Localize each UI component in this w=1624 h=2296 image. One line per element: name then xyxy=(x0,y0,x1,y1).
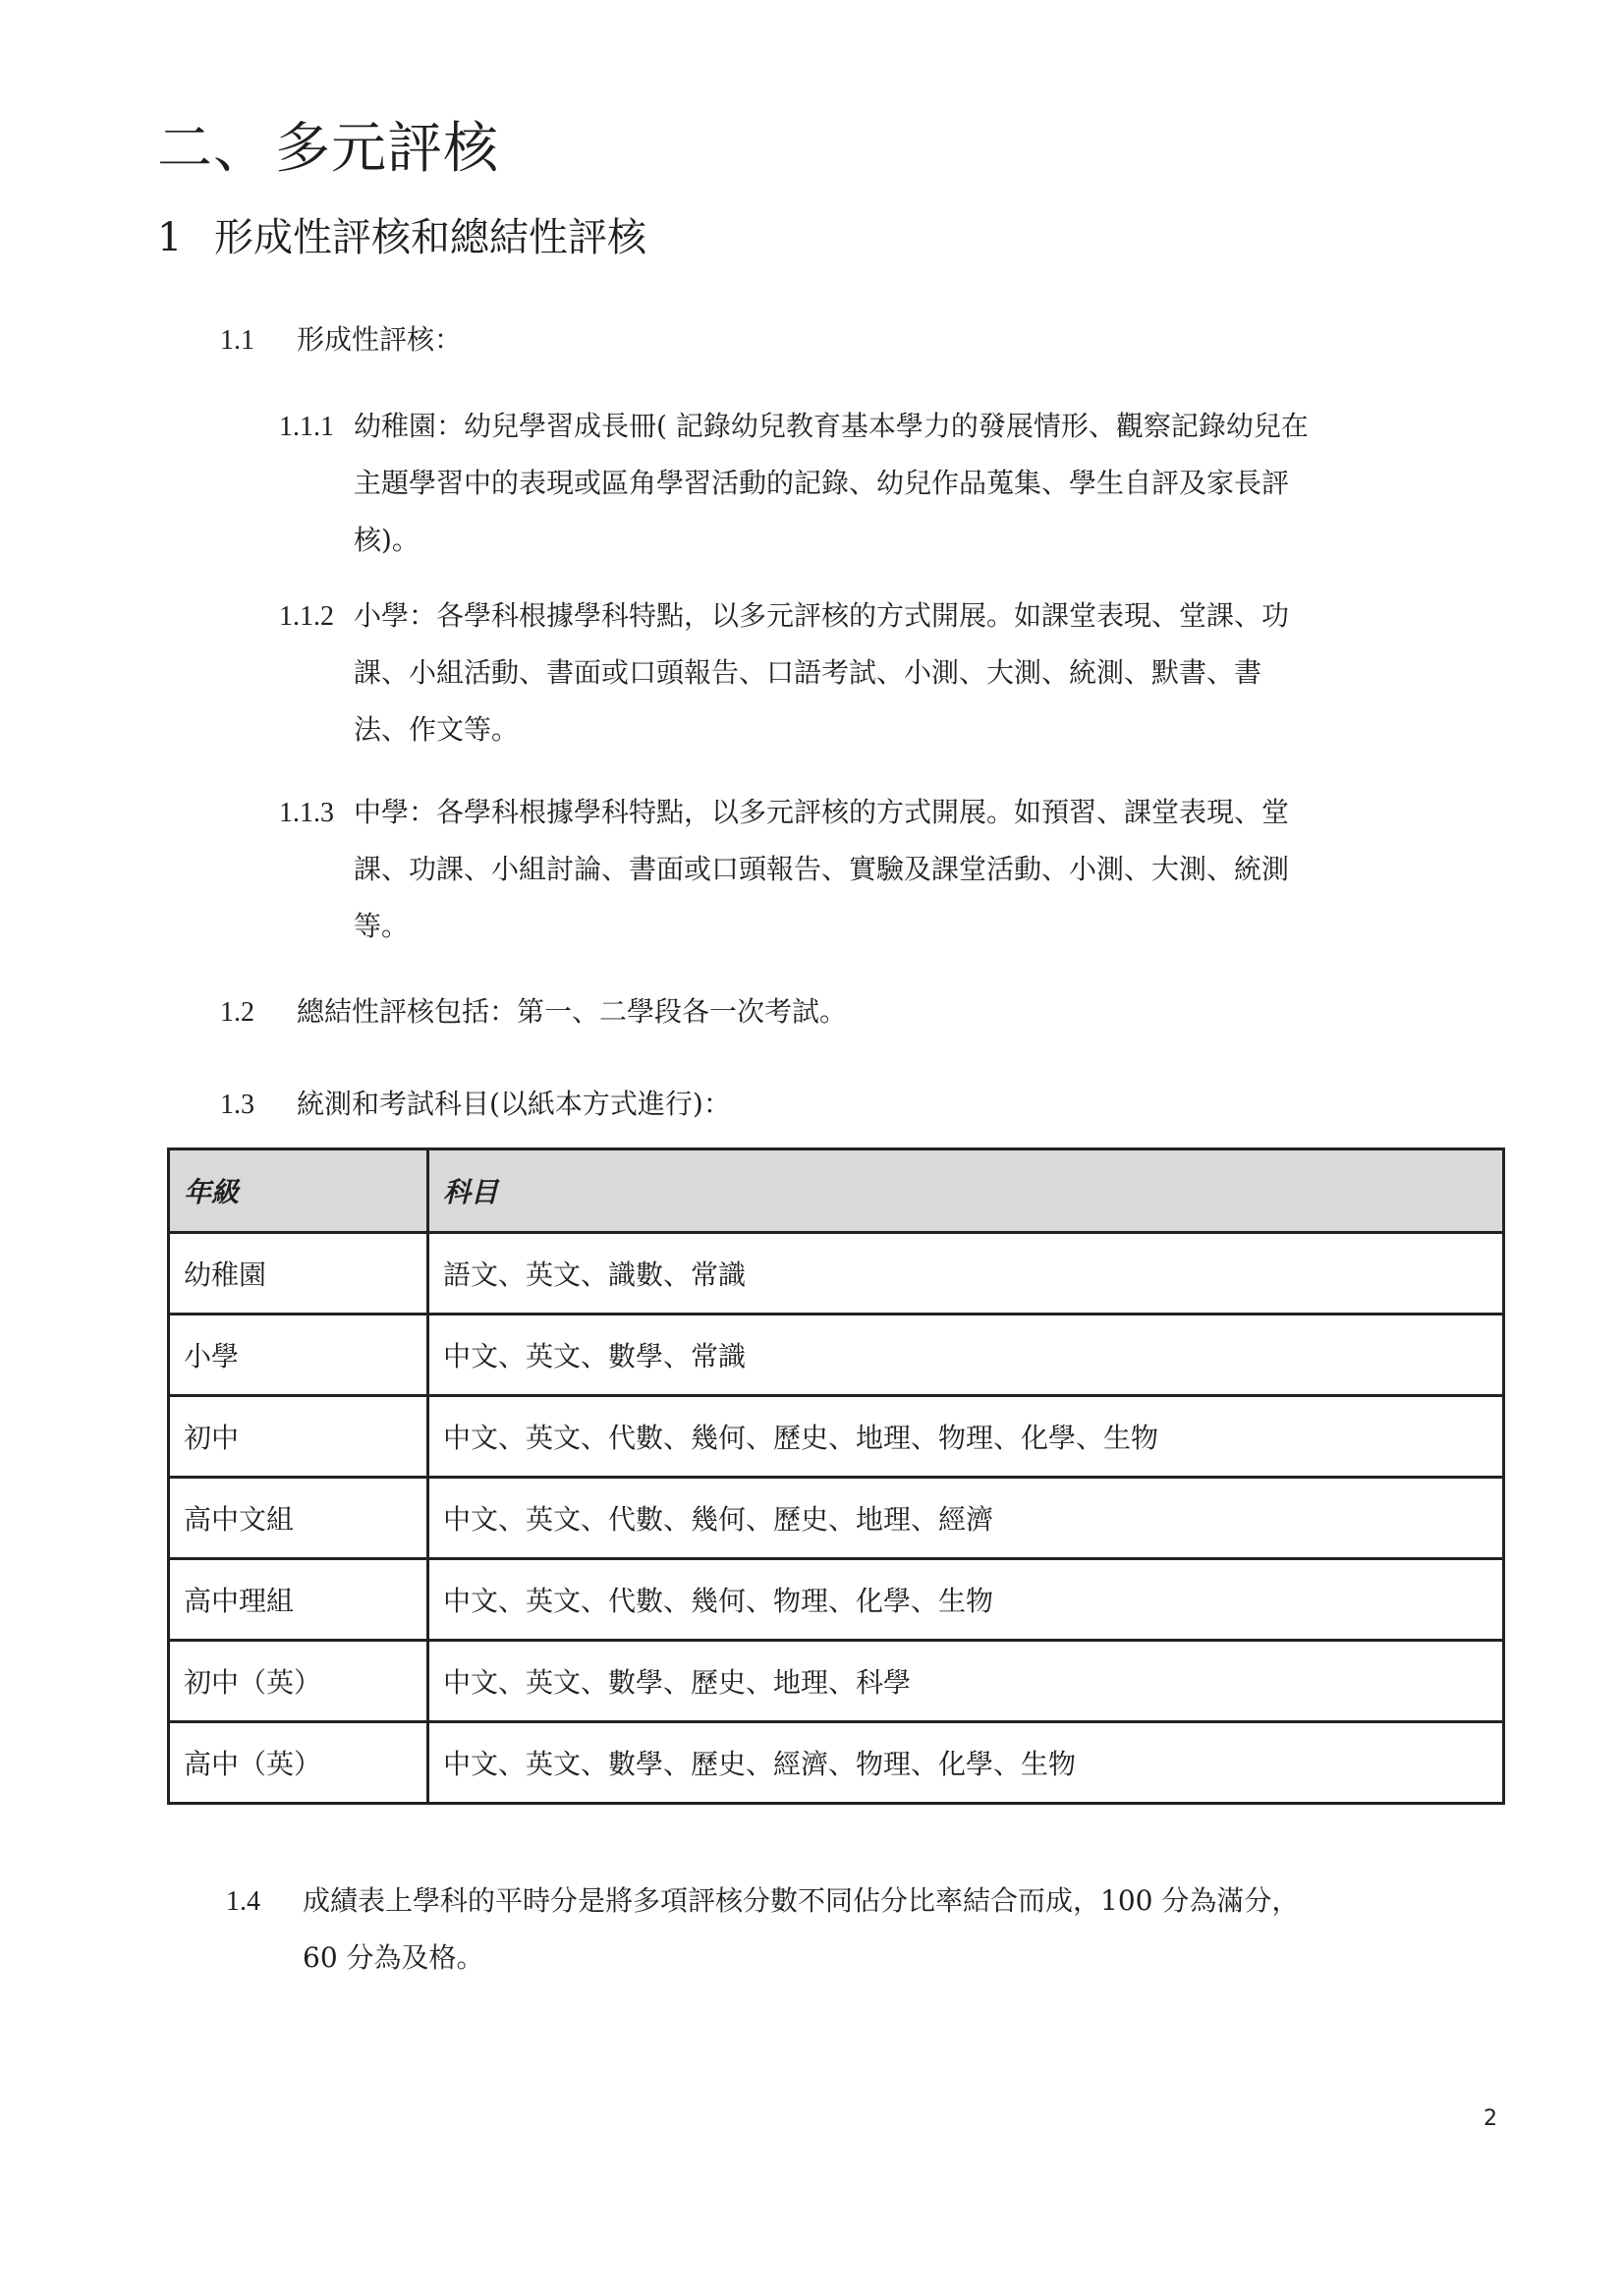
cell-grade: 初中（英） xyxy=(169,1641,428,1722)
item-number: 1.1.2 xyxy=(279,588,354,645)
table-row: 幼稚園 語文、英文、識數、常識 xyxy=(169,1233,1504,1315)
item-text-line: 等。 xyxy=(354,910,409,942)
header-subjects: 科目 xyxy=(428,1149,1504,1233)
subjects-table: 年級 科目 幼稚園 語文、英文、識數、常識 小學 中文、英文、數學、常識 初中 … xyxy=(167,1148,1505,1805)
cell-grade: 高中理組 xyxy=(169,1559,428,1641)
header-grade: 年級 xyxy=(169,1149,428,1233)
item-text-line: 主題學習中的表現或區角學習活動的記錄、幼兒作品蒐集、學生自評及家長評 xyxy=(354,467,1289,499)
section-heading: 1形成性評核和總結性評核 xyxy=(157,208,646,267)
table-row: 高中文組 中文、英文、代數、幾何、歷史、地理、經濟 xyxy=(169,1478,1504,1559)
chapter-number: 二、 xyxy=(157,110,275,189)
page-number: 2 xyxy=(1484,2106,1497,2131)
cell-subjects: 中文、英文、代數、幾何、歷史、地理、經濟 xyxy=(428,1478,1504,1559)
item-text-line: 小學：各學科根據學科特點，以多元評核的方式開展。如課堂表現、堂課、功 xyxy=(354,599,1289,632)
section-title: 形成性評核和總結性評核 xyxy=(214,215,646,260)
subsection-text: 總結性評核包括：第一、二學段各一次考試。 xyxy=(297,995,847,1028)
subsection-number: 1.2 xyxy=(220,993,297,1033)
table-row: 初中（英） 中文、英文、數學、歷史、地理、科學 xyxy=(169,1641,1504,1722)
subsection-1-3: 1.3統測和考試科目(以紙本方式進行)： xyxy=(220,1085,731,1125)
subsection-1-1: 1.1形成性評核： xyxy=(220,320,462,361)
cell-subjects: 中文、英文、代數、幾何、物理、化學、生物 xyxy=(428,1559,1504,1641)
table-row: 初中 中文、英文、代數、幾何、歷史、地理、物理、化學、生物 xyxy=(169,1396,1504,1478)
item-text-line: 60 分為及格。 xyxy=(303,1941,484,1974)
subsection-number: 1.1 xyxy=(220,321,297,361)
cell-subjects: 中文、英文、數學、歷史、經濟、物理、化學、生物 xyxy=(428,1722,1504,1804)
item-text-line: 成績表上學科的平時分是將多項評核分數不同佔分比率結合而成，100 分為滿分， xyxy=(303,1884,1299,1917)
table-row: 高中理組 中文、英文、代數、幾何、物理、化學、生物 xyxy=(169,1559,1504,1641)
item-number: 1.1.3 xyxy=(279,785,354,842)
table-header-row: 年級 科目 xyxy=(169,1149,1504,1233)
item-1-1-2: 1.1.2小學：各學科根據學科特點，以多元評核的方式開展。如課堂表現、堂課、功 … xyxy=(279,588,1517,758)
cell-subjects: 語文、英文、識數、常識 xyxy=(428,1233,1504,1315)
subsection-number: 1.4 xyxy=(226,1874,303,1931)
item-text-line: 法、作文等。 xyxy=(354,713,519,746)
cell-subjects: 中文、英文、代數、幾何、歷史、地理、物理、化學、生物 xyxy=(428,1396,1504,1478)
chapter-title: 多元評核 xyxy=(275,117,499,181)
cell-subjects: 中文、英文、數學、常識 xyxy=(428,1315,1504,1396)
cell-grade: 小學 xyxy=(169,1315,428,1396)
cell-grade: 幼稚園 xyxy=(169,1233,428,1315)
subsection-1-4: 1.4成績表上學科的平時分是將多項評核分數不同佔分比率結合而成，100 分為滿分… xyxy=(226,1873,1523,1987)
cell-subjects: 中文、英文、數學、歷史、地理、科學 xyxy=(428,1641,1504,1722)
subsection-title: 形成性評核： xyxy=(297,323,462,356)
cell-grade: 高中（英） xyxy=(169,1722,428,1804)
subsection-text: 統測和考試科目(以紙本方式進行)： xyxy=(297,1088,731,1120)
cell-grade: 高中文組 xyxy=(169,1478,428,1559)
item-1-1-1: 1.1.1幼稚園：幼兒學習成長冊( 記錄幼兒教育基本學力的發展情形、觀察記錄幼兒… xyxy=(279,398,1517,569)
item-text-line: 課、功課、小組討論、書面或口頭報告、實驗及課堂活動、小測、大測、統測 xyxy=(354,853,1289,885)
chapter-heading: 二、多元評核 xyxy=(157,110,499,189)
subsection-number: 1.3 xyxy=(220,1086,297,1125)
table-row: 小學 中文、英文、數學、常識 xyxy=(169,1315,1504,1396)
item-text-line: 核)。 xyxy=(354,524,420,556)
subsection-1-2: 1.2總結性評核包括：第一、二學段各一次考試。 xyxy=(220,992,847,1033)
section-number: 1 xyxy=(157,208,214,267)
cell-grade: 初中 xyxy=(169,1396,428,1478)
item-text-line: 幼稚園：幼兒學習成長冊( 記錄幼兒教育基本學力的發展情形、觀察記錄幼兒在 xyxy=(354,410,1309,442)
item-1-1-3: 1.1.3中學：各學科根據學科特點，以多元評核的方式開展。如預習、課堂表現、堂 … xyxy=(279,784,1517,955)
table-row: 高中（英） 中文、英文、數學、歷史、經濟、物理、化學、生物 xyxy=(169,1722,1504,1804)
item-number: 1.1.1 xyxy=(279,399,354,456)
item-text-line: 中學：各學科根據學科特點，以多元評核的方式開展。如預習、課堂表現、堂 xyxy=(354,796,1289,828)
item-text-line: 課、小組活動、書面或口頭報告、口語考試、小測、大測、統測、默書、書 xyxy=(354,656,1261,689)
